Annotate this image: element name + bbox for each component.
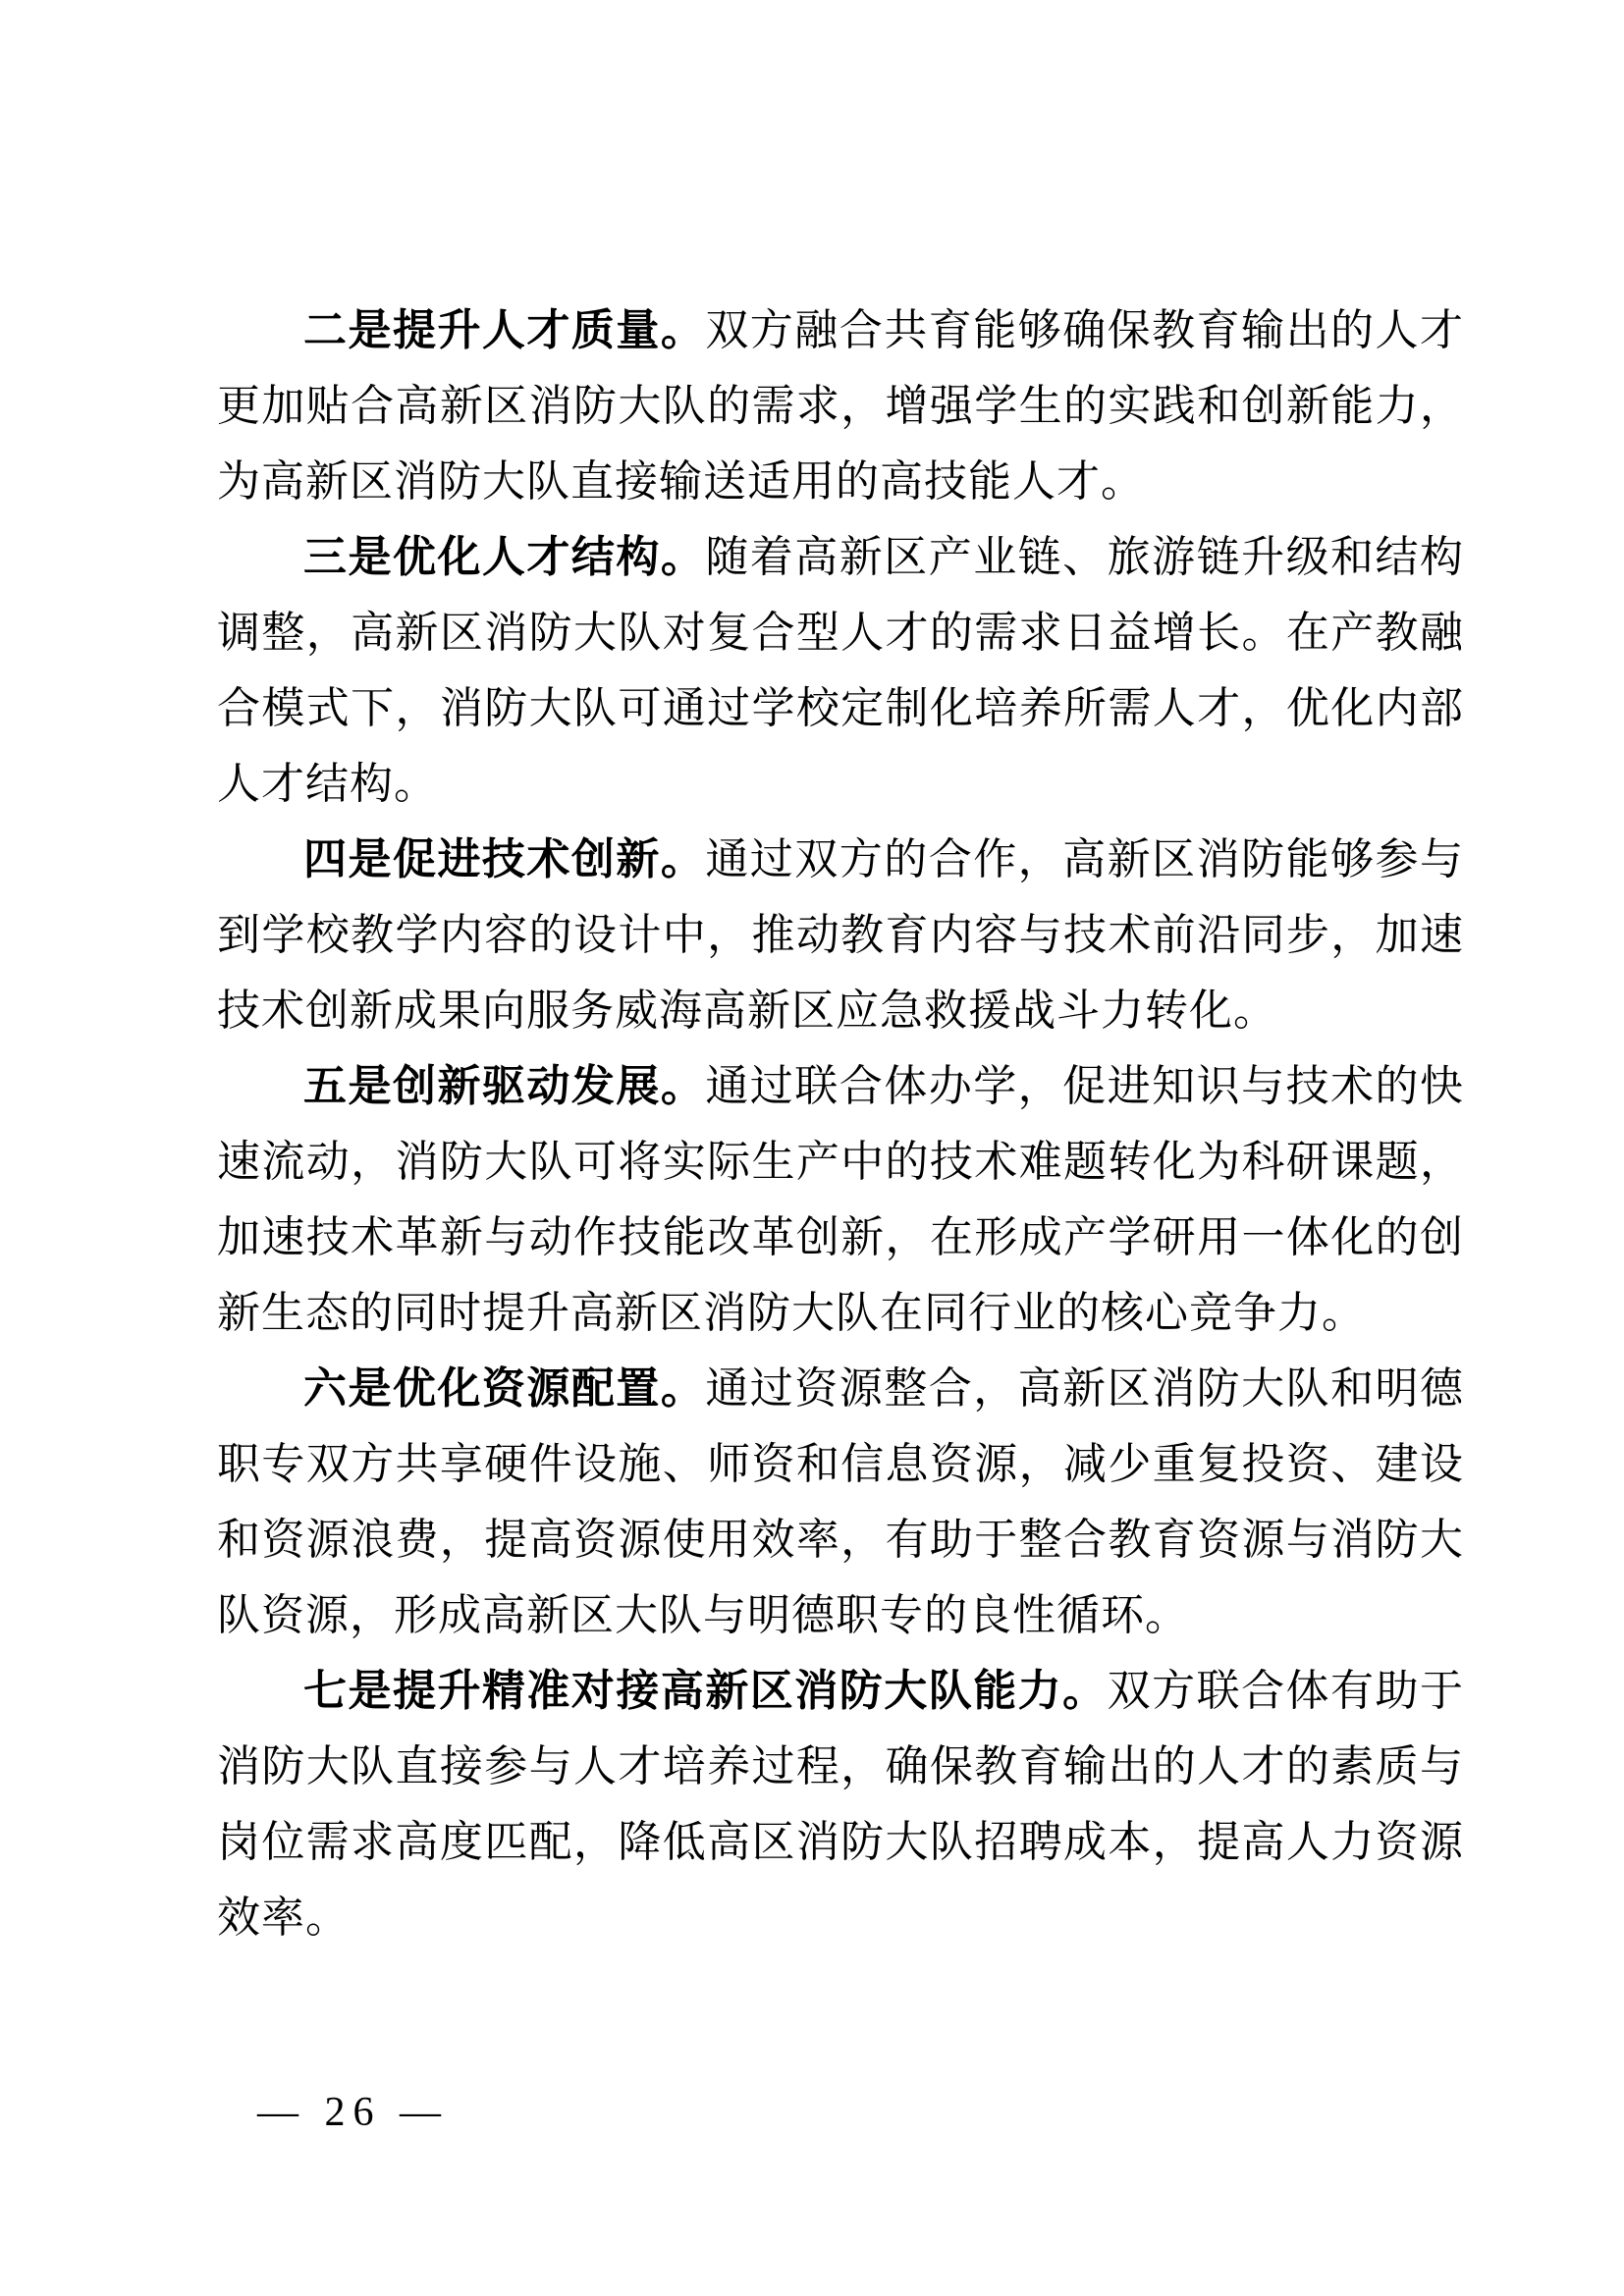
paragraph-lead: 六是优化资源配置。 [303,1364,705,1413]
paragraph-lead: 五是创新驱动发展。 [303,1062,705,1110]
paragraph: 四是促进技术创新。通过双方的合作，高新区消防能够参与到学校教学内容的设计中，推动… [217,822,1464,1048]
paragraph: 五是创新驱动发展。通过联合体办学，促进知识与技术的快速流动，消防大队可将实际生产… [217,1048,1464,1351]
paragraph: 六是优化资源配置。通过资源整合，高新区消防大队和明德职专双方共享硬件设施、师资和… [217,1351,1464,1653]
paragraph: 七是提升精准对接高新区消防大队能力。双方联合体有助于消防大队直接参与人才培养过程… [217,1653,1464,1955]
document-page: 二是提升人才质量。双方融合共育能够确保教育输出的人才更加贴合高新区消防大队的需求… [0,0,1624,2296]
page-number: — 26 — [257,2087,449,2138]
paragraph-lead: 七是提升精准对接高新区消防大队能力。 [303,1667,1108,1715]
paragraph-lead: 四是促进技术创新。 [303,835,705,883]
paragraph-lead: 三是优化人才结构。 [303,533,705,581]
document-body-text: 二是提升人才质量。双方融合共育能够确保教育输出的人才更加贴合高新区消防大队的需求… [217,293,1464,1955]
paragraph: 三是优化人才结构。随着高新区产业链、旅游链升级和结构调整，高新区消防大队对复合型… [217,519,1464,822]
paragraph-lead: 二是提升人才质量。 [303,306,705,354]
paragraph: 二是提升人才质量。双方融合共育能够确保教育输出的人才更加贴合高新区消防大队的需求… [217,293,1464,519]
